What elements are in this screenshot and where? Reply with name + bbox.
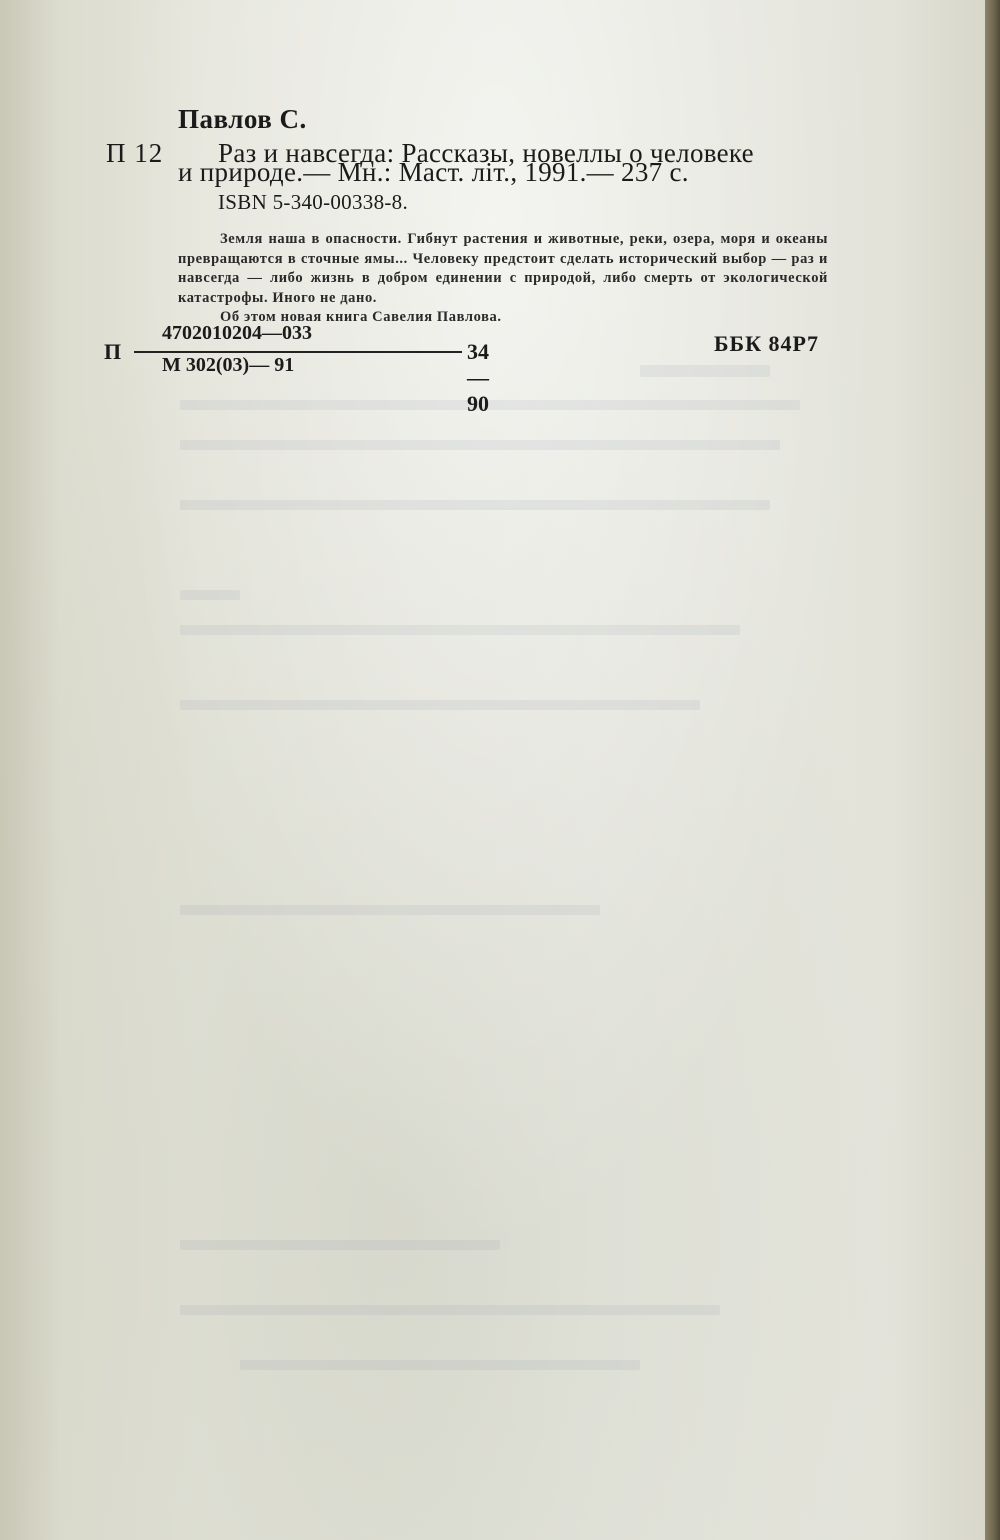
- bbk-code: ББК 84Р7: [714, 331, 819, 357]
- page-edge: [985, 0, 1000, 1540]
- bleed-through-text: [180, 590, 240, 600]
- bleed-through-text: [180, 700, 700, 710]
- bleed-through-text: [240, 1360, 640, 1370]
- catalog-card: Павлов С. П 12 Раз и навсегда: Рассказы,…: [0, 0, 985, 400]
- bleed-through-text: [180, 1240, 500, 1250]
- isbn: ISBN 5-340-00338-8.: [218, 190, 408, 215]
- index-numerator: 4702010204—033: [162, 322, 312, 345]
- annotation: Земля наша в опасности. Гибнут растения …: [178, 230, 828, 328]
- annotation-paragraph: Земля наша в опасности. Гибнут растения …: [178, 230, 828, 308]
- bleed-through-text: [180, 625, 740, 635]
- bleed-through-text: [180, 905, 600, 915]
- index-prefix: П: [104, 339, 121, 365]
- catalog-index: П 4702010204—033 М 302(03)— 91 34—90: [104, 322, 464, 382]
- bleed-through-text: [180, 400, 800, 410]
- title-line: и природе.— Мн.: Маст. літ., 1991.— 237 …: [178, 157, 689, 188]
- bleed-through-text: [180, 1305, 720, 1315]
- bleed-through-text: [180, 440, 780, 450]
- bleed-through-text: [180, 500, 770, 510]
- index-denominator: М 302(03)— 91: [162, 354, 294, 377]
- index-suffix: 34—90: [467, 339, 489, 417]
- author: Павлов С.: [178, 104, 307, 135]
- fraction-divider: [134, 351, 462, 353]
- book-page: Павлов С. П 12 Раз и навсегда: Рассказы,…: [0, 0, 985, 1540]
- classification-code: П 12: [106, 138, 163, 169]
